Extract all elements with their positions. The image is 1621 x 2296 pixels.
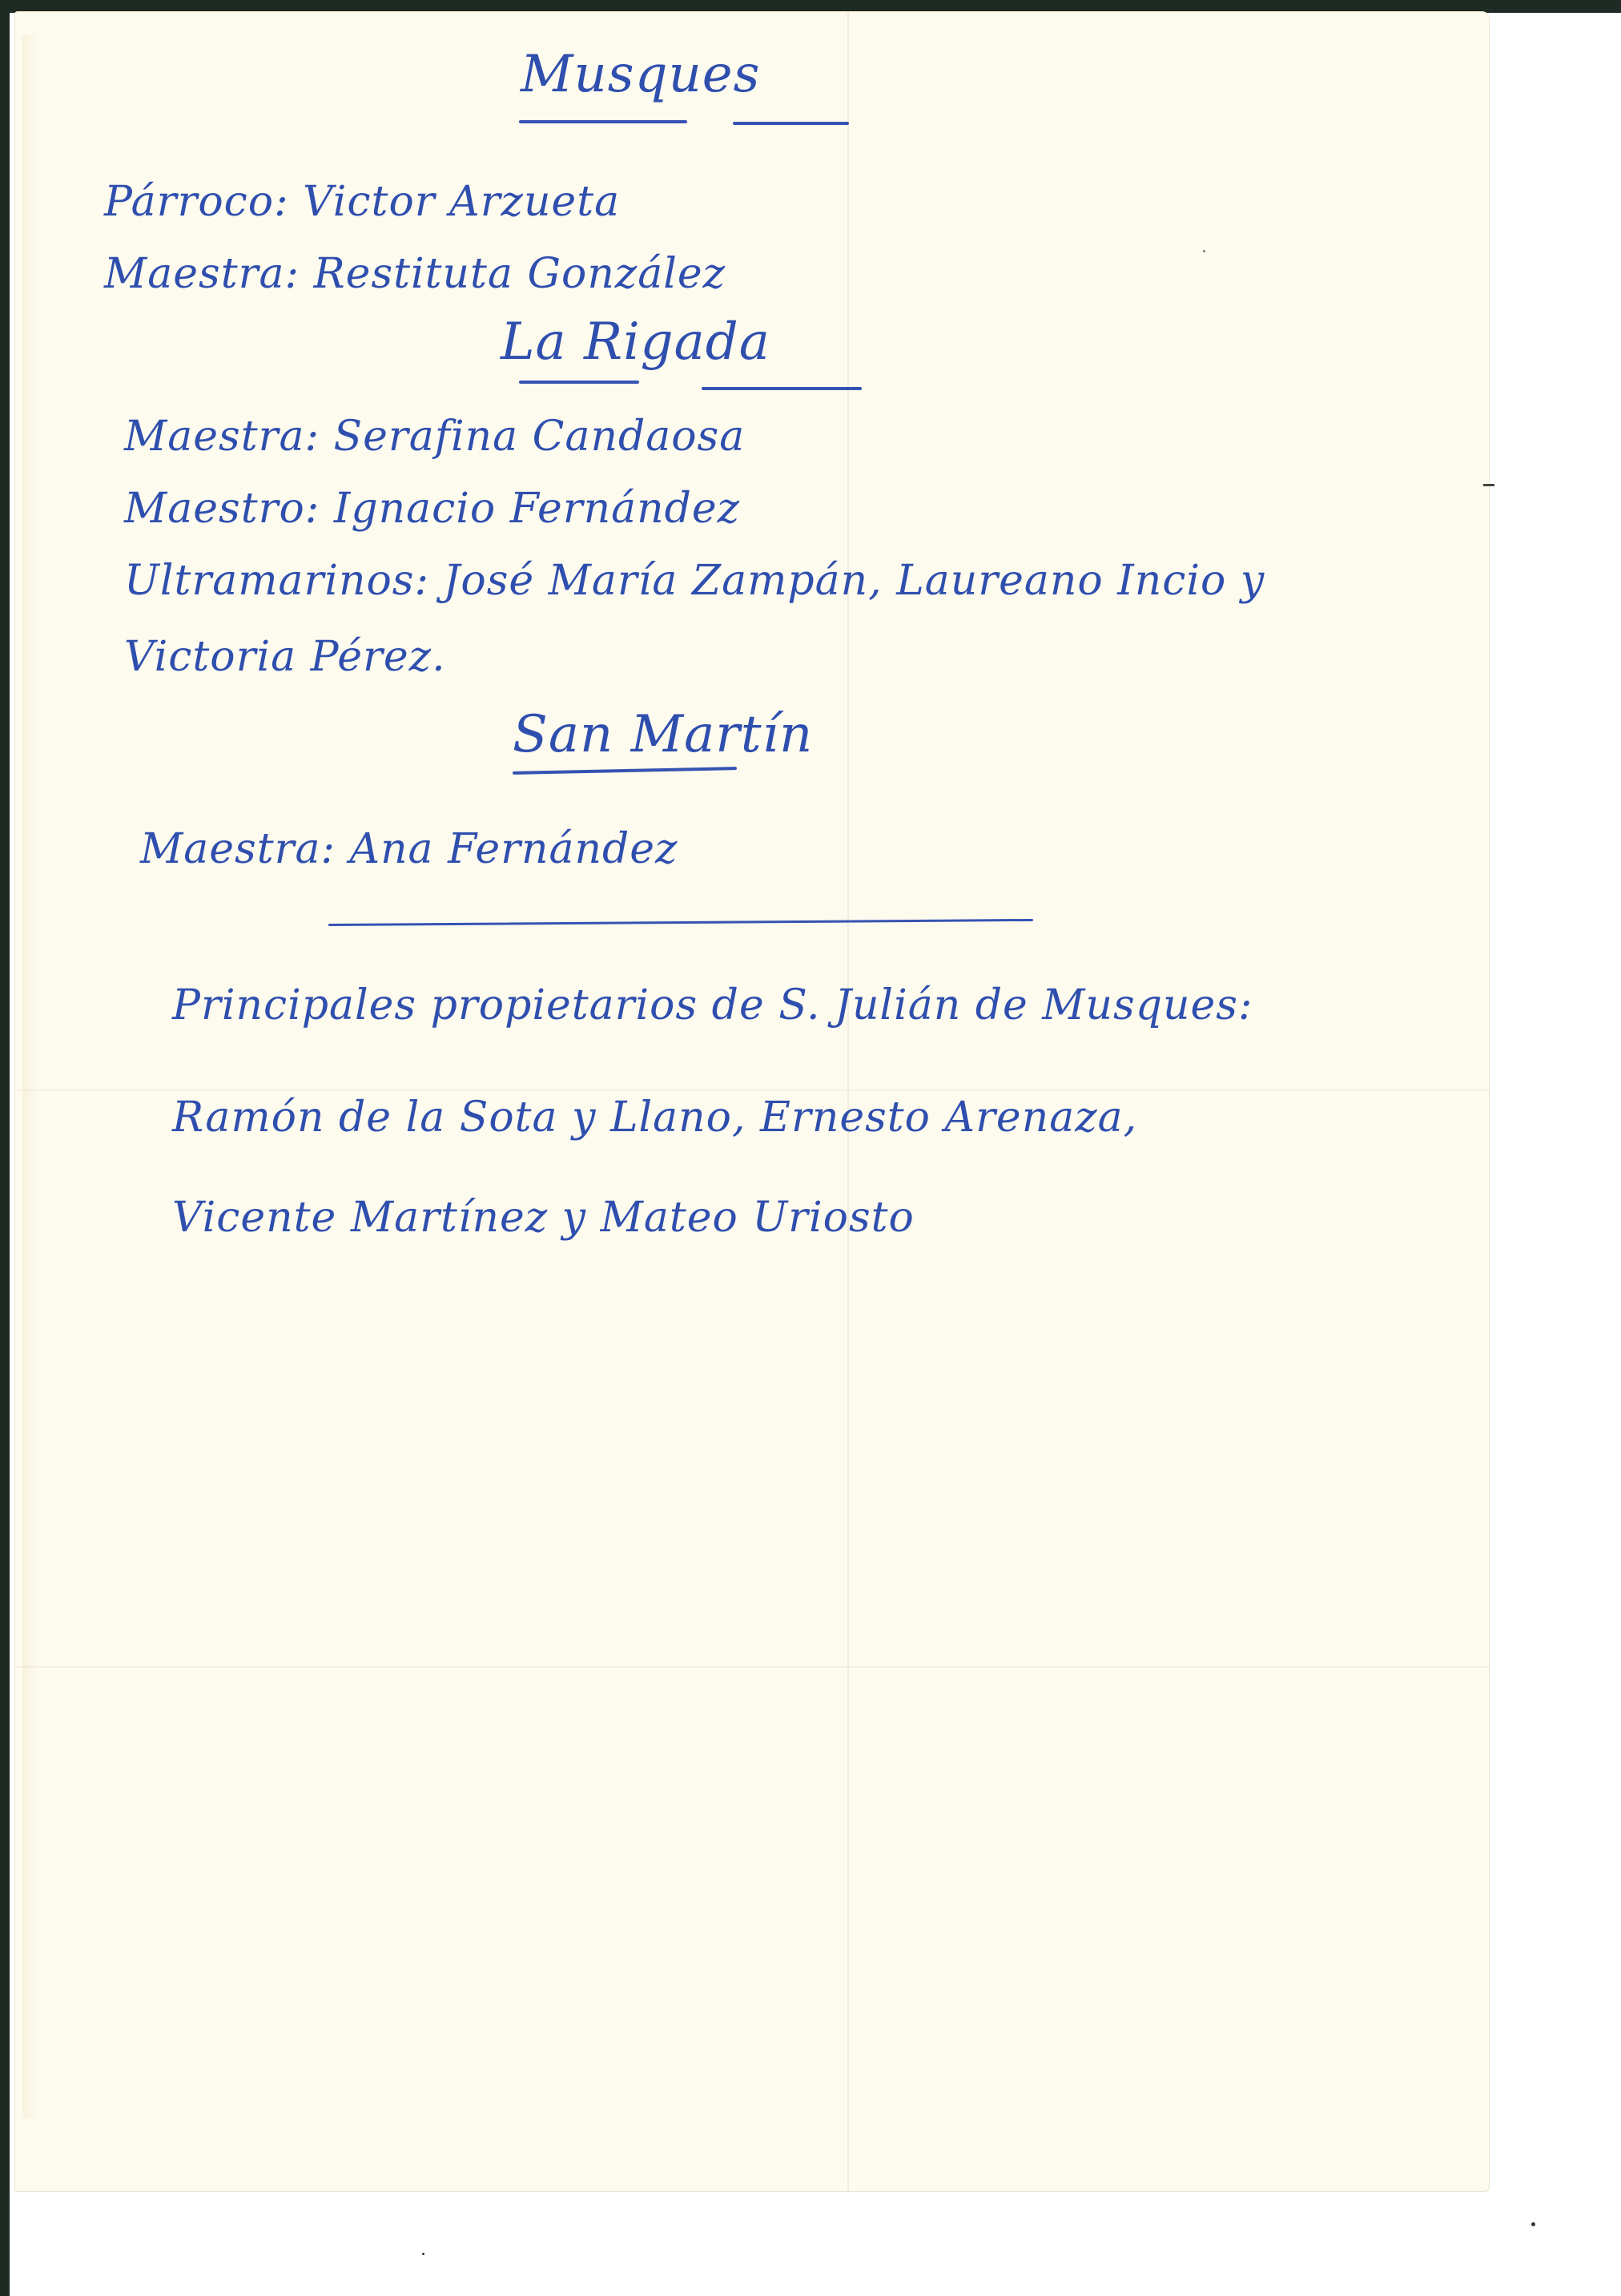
entry-label: Maestro: — [124, 485, 320, 533]
section-heading-musques: Musques — [521, 45, 761, 104]
entry-value: Victor Arzueta — [303, 178, 620, 226]
owners-intro: Principales propietarios de S. Julián de… — [172, 981, 1253, 1029]
paper-edge-shadow — [22, 35, 37, 2118]
scan-speck — [1531, 2222, 1535, 2226]
fold-line — [14, 1666, 1490, 1668]
entry-value: Ignacio Fernández — [334, 485, 740, 533]
heading-underline — [519, 381, 639, 384]
owners-line: Vicente Martínez y Mateo Uriosto — [172, 1194, 915, 1242]
entry-value: José María Zampán, Laureano Incio y — [444, 557, 1265, 605]
owners-line: Ramón de la Sota y Llano, Ernesto Arenaz… — [172, 1094, 1137, 1142]
entry-label: Ultramarinos: — [124, 557, 429, 605]
entry-line: Párroco: Victor Arzueta — [104, 178, 620, 226]
entry-value: Ana Fernández — [350, 825, 678, 873]
margin-mark — [1483, 484, 1494, 486]
scan-speck — [1203, 250, 1205, 252]
entry-line: Maestra: Serafina Candaosa — [124, 413, 745, 461]
entry-value: Serafina Candaosa — [334, 413, 746, 461]
fold-line — [14, 1090, 1490, 1091]
entry-label: Maestra: — [140, 825, 336, 873]
entry-value: Victoria Pérez. — [124, 633, 446, 681]
entry-label: Maestra: — [124, 413, 320, 461]
entry-line: Victoria Pérez. — [124, 633, 446, 681]
heading-underline — [733, 122, 849, 125]
entry-line: Maestra: Restituta González — [104, 250, 726, 298]
section-heading-san-martin: San Martín — [513, 705, 813, 764]
entry-line: Ultramarinos: José María Zampán, Laurean… — [124, 557, 1265, 605]
scan-border-left — [0, 0, 10, 2296]
entry-line: Maestro: Ignacio Fernández — [124, 485, 740, 533]
entry-value: Restituta González — [314, 250, 726, 298]
entry-label: Párroco: — [104, 178, 289, 226]
section-heading-la-rigada: La Rigada — [501, 312, 770, 372]
entry-label: Maestra: — [104, 250, 300, 298]
entry-line: Maestra: Ana Fernández — [140, 825, 678, 873]
scan-speck — [422, 2253, 424, 2255]
heading-underline — [519, 120, 687, 123]
heading-underline — [702, 387, 862, 390]
